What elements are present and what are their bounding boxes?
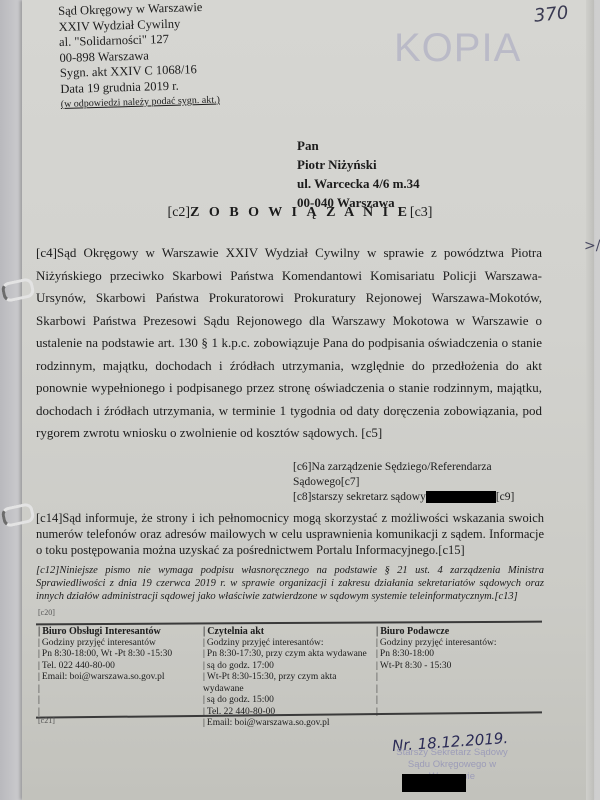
info-paragraph: [c14]Sąd informuje, że strony i ich pełn… — [36, 510, 544, 558]
copy-stamp: KOPIA — [394, 26, 521, 71]
contact-row: Tel. 022 440-80-00 — [38, 661, 198, 673]
contact-row — [38, 695, 198, 707]
order-tag: [c9] — [496, 491, 515, 503]
margin-mark: >/ — [584, 238, 600, 254]
order-block: [c6]Na zarządzenie Sędziego/Referendarza… — [293, 460, 514, 505]
contact-email: Email: boi@warszawa.so.gov.pl — [203, 718, 373, 730]
order-line-2: Sądowego[c7] — [293, 475, 514, 490]
order-line-1: [c6]Na zarządzenie Sędziego/Referendarza — [293, 460, 514, 475]
contact-email: Email: boi@warszawa.so.gov.pl — [38, 672, 198, 684]
reference-hint: (w odpowiedzi należy podać sygn. akt.) — [61, 93, 220, 113]
contact-column-boi: Biuro Obsługi Interesantów Godziny przyj… — [38, 626, 198, 718]
title-tag-close: [c3] — [410, 205, 433, 220]
contact-row: Wt-Pt 8:30-15:30, przy czym akta wydawan… — [203, 672, 373, 695]
tag-c21: [c21] — [38, 716, 55, 725]
contact-heading: Biuro Podawcze — [376, 626, 541, 638]
contact-row — [38, 684, 198, 696]
title-tag-open: [c2] — [168, 205, 191, 220]
contact-row: Wt-Pt 8:30 - 15:30 — [376, 661, 541, 673]
redaction-bar — [426, 491, 496, 503]
order-line-3: [c8]starszy sekretarz sądowy[c9] — [293, 490, 514, 505]
document-title: [c2]Z O B O W I Ą Z A N I E[c3] — [0, 205, 600, 221]
redaction-bar — [402, 774, 466, 792]
contact-row — [376, 684, 541, 696]
contact-row: Godziny przyjęć interesantów: — [376, 638, 541, 650]
contact-row: Pn 8:30-18:00 — [376, 649, 541, 661]
sender-block: Sąd Okręgowy w Warszawie XXIV Wydział Cy… — [58, 0, 220, 112]
contact-row: Pn 8:30-17:30, przy czym akta wydawane — [203, 649, 373, 661]
contact-row: Godziny przyjęć interesantów — [38, 638, 198, 650]
main-paragraph: [c4]Sąd Okręgowy w Warszawie XXIV Wydzia… — [36, 242, 542, 445]
recipient-name: Piotr Niżyński — [297, 155, 420, 174]
contact-row: są do godz. 17:00 — [203, 661, 373, 673]
page-edge — [586, 0, 594, 800]
secretary-label: [c8]starszy sekretarz sądowy — [293, 491, 426, 503]
contact-row: są do godz. 15:00 — [203, 695, 373, 707]
title-text: Z O B O W I Ą Z A N I E — [190, 205, 410, 220]
contact-row — [376, 695, 541, 707]
stamp-line: Starszy Sekretarz Sądowy — [392, 747, 512, 759]
contact-row: Godziny przyjęć interesantów: — [203, 638, 373, 650]
contact-heading: Czytelnia akt — [203, 626, 373, 638]
handwritten-page-number: 370 — [533, 2, 569, 26]
contact-row — [376, 672, 541, 684]
tag-c20: [c20] — [38, 608, 55, 617]
recipient-block: Pan Piotr Niżyński ul. Warcecka 4/6 m.34… — [297, 136, 420, 212]
signature-note: [c12]Niniejsze pismo nie wymaga podpisu … — [36, 564, 544, 603]
contact-heading: Biuro Obsługi Interesantów — [38, 626, 198, 638]
contact-row: Pn 8:30-18:00, Wt -Pt 8:30 -15:30 — [38, 649, 198, 661]
recipient-street: ul. Warcecka 4/6 m.34 — [297, 174, 420, 193]
contact-row: Tel. 22 440-80-00 — [203, 707, 373, 719]
recipient-salutation: Pan — [297, 136, 420, 155]
contact-column-filing-office: Biuro Podawcze Godziny przyjęć interesan… — [376, 626, 541, 718]
